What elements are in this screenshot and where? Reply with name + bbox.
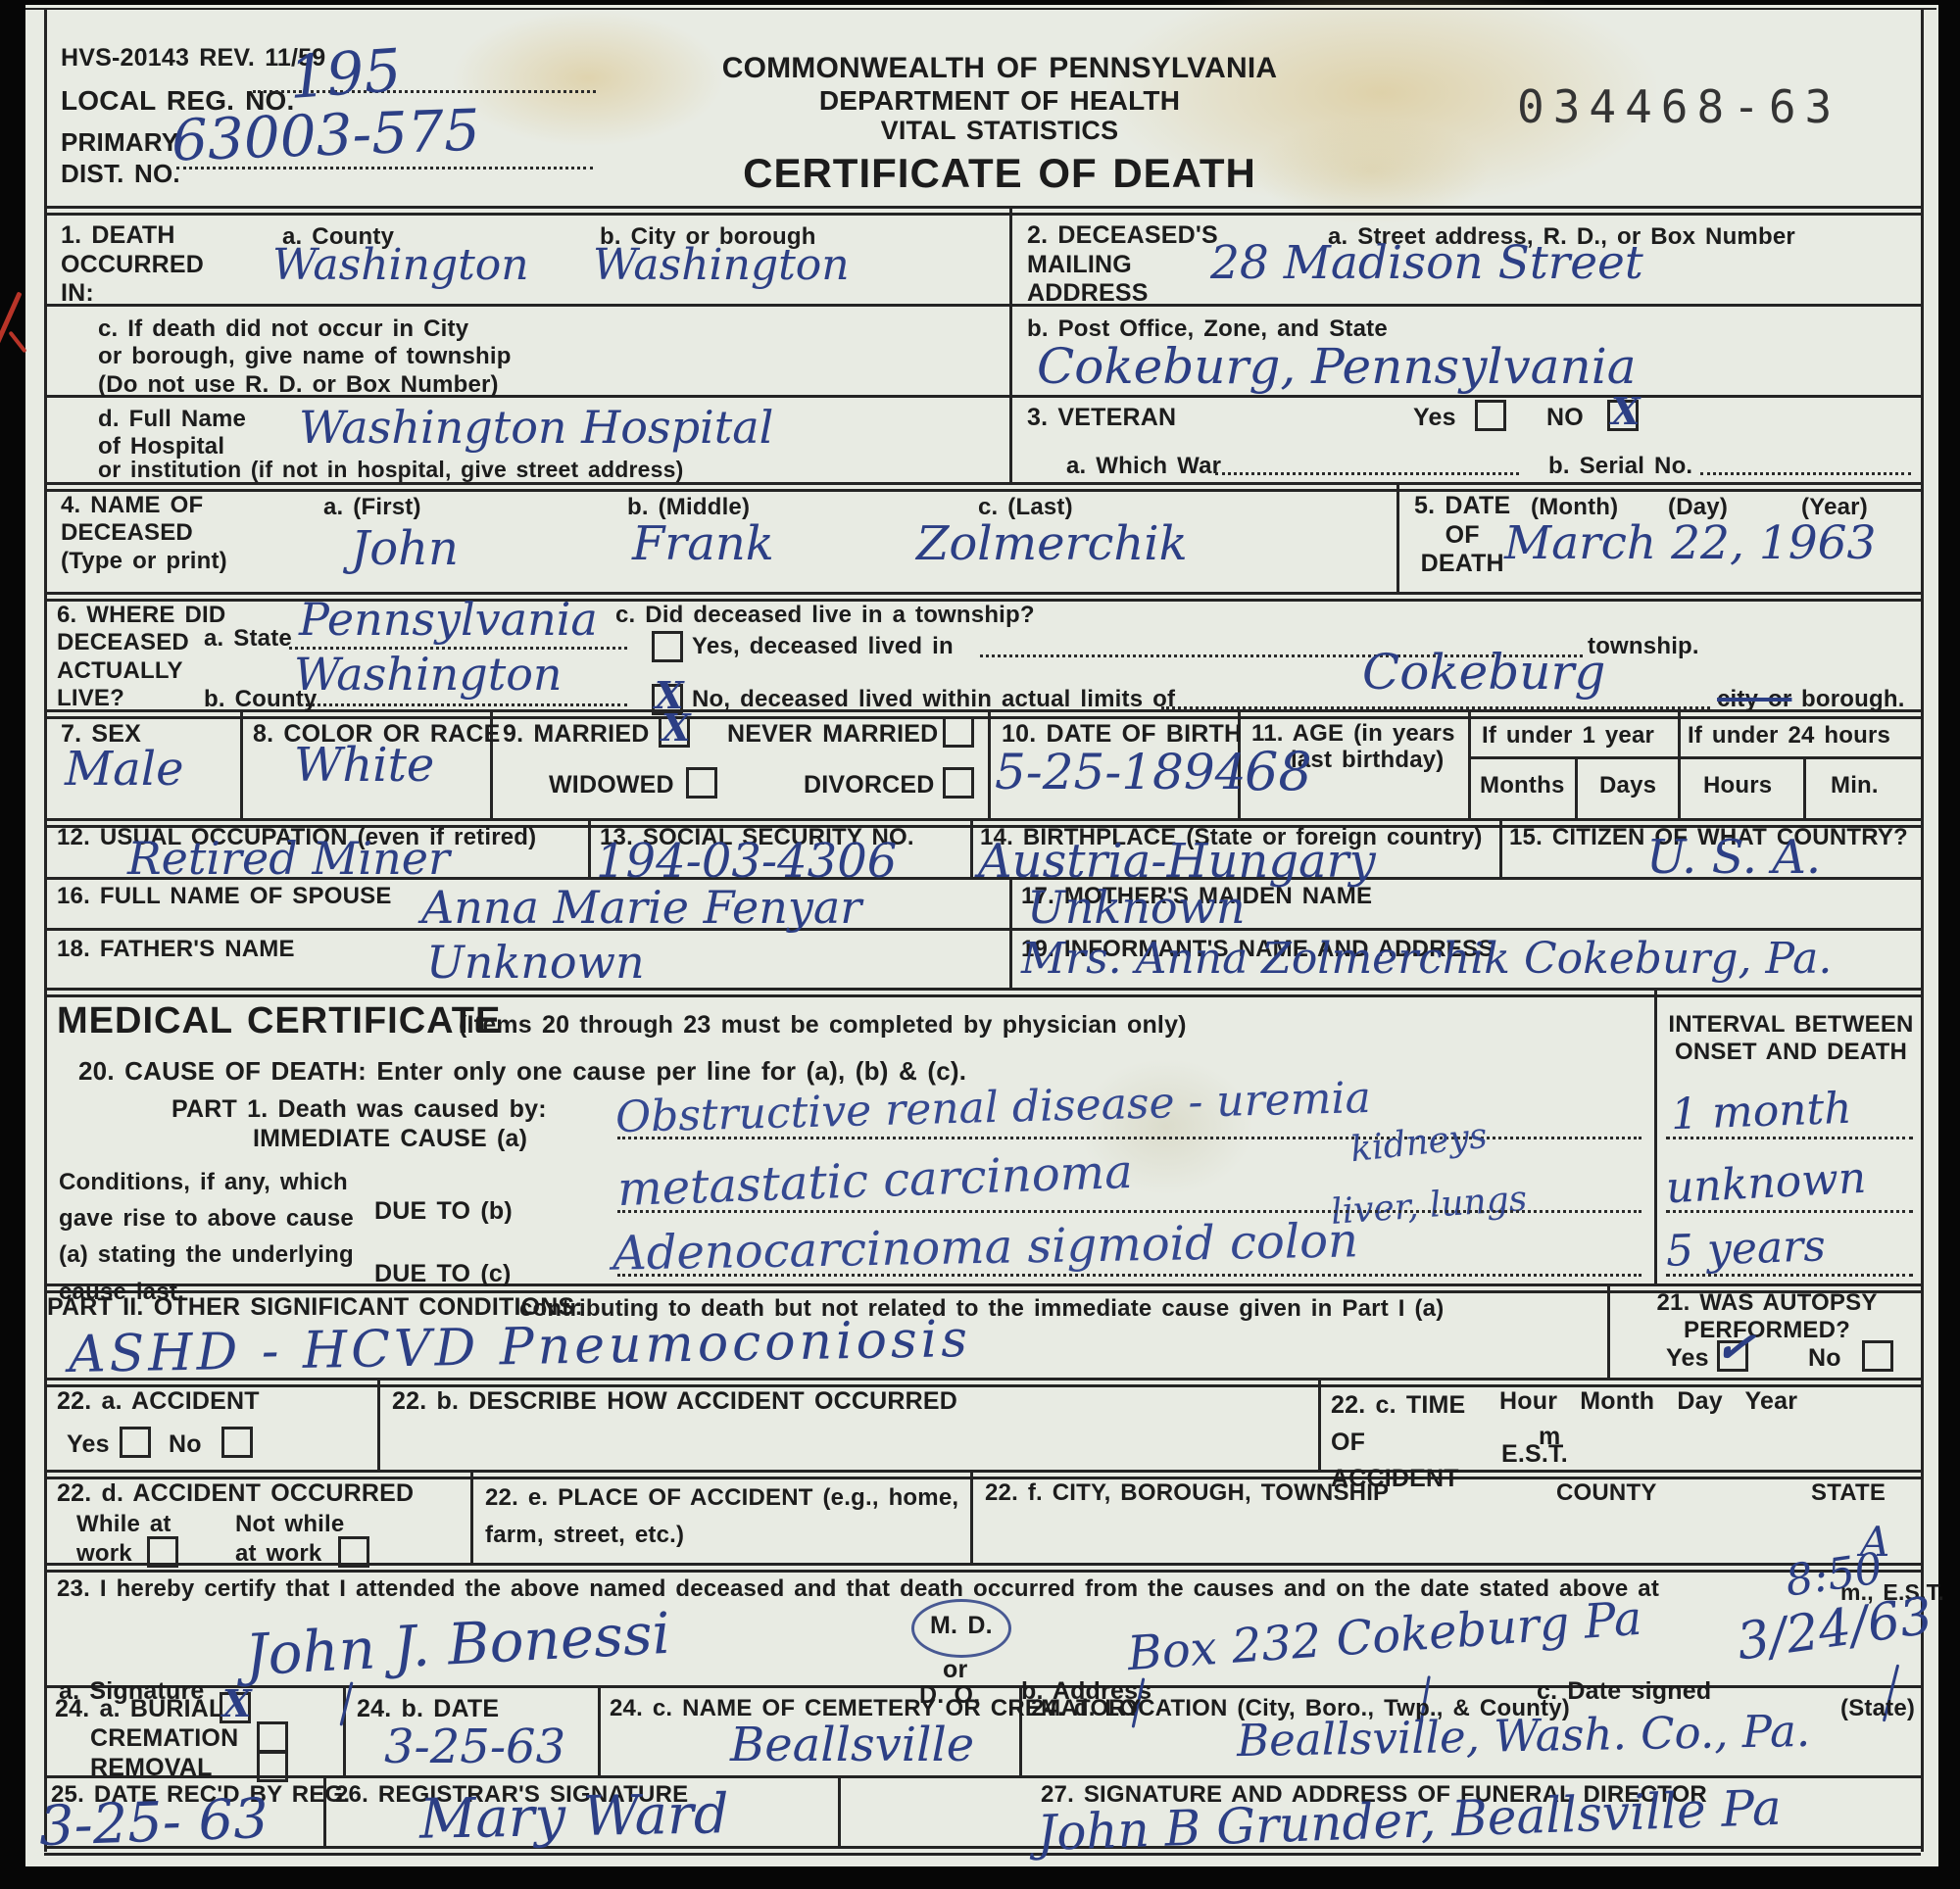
citizen-value: U. S. A.: [1646, 833, 1821, 882]
column-line: [1499, 818, 1502, 877]
certify-ampm-value: A: [1860, 1521, 1889, 1564]
city-borough-township-label: 22. f. CITY, BOROUGH, TOWNSHIP: [985, 1479, 1389, 1507]
time-columns-label: Hour Month Day Year: [1499, 1387, 1797, 1417]
scanned-death-certificate: HVS-20143 REV. 11/59 LOCAL REG. NO. 195 …: [0, 0, 1960, 1889]
column-line: [1803, 756, 1806, 818]
column-line: [970, 1470, 973, 1563]
cause-b-line: [617, 1210, 1641, 1213]
county2-value: Washington: [294, 651, 563, 698]
county2-line: [299, 703, 627, 706]
cremation-label: CREMATION: [90, 1724, 238, 1754]
father-name-label: 18. FATHER'S NAME: [57, 936, 295, 963]
autopsy-yes-label: Yes: [1666, 1344, 1709, 1374]
city-borough-value: Washington: [593, 243, 850, 288]
column-line: [598, 1685, 601, 1775]
borough-suffix: borough.: [1801, 686, 1905, 713]
divider-line: [44, 1470, 1921, 1479]
age-value: 68: [1245, 745, 1312, 800]
primary-label: PRIMARY: [61, 127, 178, 158]
first-name-value: John: [351, 524, 459, 573]
date-of-birth-value: 5-25-1894: [995, 747, 1246, 799]
form-number: HVS-20143 REV. 11/59: [61, 44, 325, 73]
cemetery-value: Beallsville: [730, 1720, 974, 1769]
column-line: [470, 1470, 473, 1563]
column-line: [1009, 206, 1012, 482]
burial-x-mark: X: [222, 1684, 251, 1723]
divider-line: [44, 988, 1921, 997]
date-of-death-value: March 22, 1963: [1504, 519, 1876, 567]
accident-yes-checkbox[interactable]: [120, 1427, 151, 1458]
occupation-value: Retired Miner: [127, 835, 450, 882]
veteran-yes-label: Yes: [1413, 404, 1456, 433]
veteran-label: 3. VETERAN: [1027, 404, 1176, 433]
cause-of-death-label: 20. CAUSE OF DEATH: Enter only one cause…: [78, 1056, 966, 1087]
accident-label: 22. a. ACCIDENT: [57, 1387, 260, 1417]
accident-occurred-label: 22. d. ACCIDENT OCCURRED: [57, 1479, 414, 1509]
hospital-value: Washington Hospital: [299, 404, 773, 451]
age-label2: last birthday): [1291, 747, 1445, 774]
father-name-value: Unknown: [426, 939, 645, 986]
burial-label: 24. a. BURIAL: [55, 1695, 224, 1724]
sex-value: Male: [65, 745, 184, 794]
township-question-label: c. Did deceased live in a township?: [615, 602, 1035, 629]
column-line: [1318, 1378, 1321, 1470]
borough-value: Cokeburg: [1362, 647, 1605, 699]
cemetery-location-value: Beallsville, Wash. Co., Pa.: [1237, 1708, 1811, 1764]
township-no-text: No, deceased lived within actual limits …: [692, 686, 1175, 713]
removal-label: REMOVAL: [90, 1754, 213, 1783]
post-office-value: Cokeburg, Pennsylvania: [1037, 341, 1637, 393]
autopsy-no-label: No: [1808, 1344, 1841, 1374]
department-title: DEPARTMENT OF HEALTH: [686, 84, 1313, 117]
cremation-checkbox[interactable]: [257, 1721, 288, 1753]
name-of-deceased-label: 4. NAME OF DECEASED (Type or print): [61, 492, 227, 575]
mother-maiden-value: Unknown: [1027, 884, 1246, 931]
interval-b-value: unknown: [1665, 1156, 1867, 1212]
cause-a-line: [617, 1137, 1641, 1139]
column-line: [1654, 988, 1657, 1284]
dist-no-value: 63003-575: [171, 101, 481, 171]
not-at-work-checkbox[interactable]: [338, 1536, 369, 1568]
not-while-label: Not while: [235, 1511, 344, 1538]
divider-line: [44, 304, 1921, 307]
state-value: Pennsylvania: [299, 596, 598, 643]
serial-no-label: b. Serial No.: [1548, 453, 1692, 480]
last-name-value: Zolmerchik: [916, 519, 1188, 568]
where-lived-label: 6. WHERE DID DECEASED ACTUALLY LIVE?: [57, 602, 225, 712]
scan-bottom-edge: [0, 1866, 1960, 1889]
days-label: Days: [1599, 772, 1656, 799]
hospital-note: or institution (if not in hospital, give…: [98, 457, 683, 483]
column-line: [988, 709, 991, 818]
state-label: a. State: [204, 625, 292, 653]
frame-left-line: [44, 10, 47, 1852]
autopsy-no-checkbox[interactable]: [1862, 1340, 1893, 1372]
column-line: [970, 818, 973, 877]
interval-header: INTERVAL BETWEEN ONSET AND DEATH: [1666, 1011, 1916, 1067]
interval-b-line: [1666, 1210, 1913, 1213]
certificate-title: CERTIFICATE OF DEATH: [686, 149, 1313, 198]
widowed-checkbox[interactable]: [686, 767, 717, 799]
divider-line: [44, 1563, 1921, 1573]
death-occurred-label: 1. DEATH OCCURRED IN:: [61, 221, 204, 309]
which-war-label: a. Which War: [1066, 453, 1221, 480]
spouse-label: 16. FULL NAME OF SPOUSE: [57, 883, 392, 910]
state-header-label: STATE: [1811, 1479, 1886, 1507]
township-note-label: c. If death did not occur in City or bor…: [98, 315, 512, 399]
column-line: [838, 1775, 841, 1846]
certificate-number: 034468-63: [1517, 80, 1840, 133]
race-value: White: [294, 741, 434, 790]
min-label: Min.: [1831, 772, 1879, 799]
which-war-line: [1215, 472, 1519, 475]
due-to-c-value: Adenocarcinoma sigmoid colon: [612, 1216, 1359, 1279]
cemetery-state-label: (State): [1840, 1695, 1915, 1722]
date-of-death-label: 5. DATE OF DEATH: [1414, 492, 1510, 579]
registrar-signature-value: Mary Ward: [419, 1786, 730, 1849]
never-married-label: NEVER MARRIED: [727, 720, 938, 750]
column-line: [240, 709, 243, 818]
veteran-yes-checkbox[interactable]: [1475, 400, 1506, 431]
hours-label: Hours: [1703, 772, 1772, 799]
due-to-b-label: DUE TO (b): [374, 1197, 513, 1227]
widowed-label: WIDOWED: [549, 771, 674, 800]
divorced-label: DIVORCED: [804, 771, 935, 800]
divider-line: [1468, 756, 1921, 759]
cause-c-line: [617, 1274, 1641, 1277]
column-line: [377, 1378, 380, 1470]
place-of-accident-label: 22. e. PLACE OF ACCIDENT (e.g., home, fa…: [485, 1479, 958, 1555]
medical-certificate-subtitle: (Items 20 through 23 must be completed b…: [459, 1011, 1187, 1041]
not-at-work-label: at work: [235, 1540, 321, 1568]
birthplace-value: Austria-Hungary: [978, 837, 1376, 886]
autopsy-yes-check-mark: ✓: [1712, 1320, 1758, 1374]
column-line: [1575, 756, 1578, 818]
county-value: Washington: [272, 243, 529, 288]
interval-a-line: [1666, 1137, 1913, 1139]
township-no-line: [1161, 706, 1710, 709]
ssn-value: 194-03-4306: [596, 837, 897, 886]
first-name-label: a. (First): [323, 494, 421, 521]
while-at-work-checkbox[interactable]: [147, 1536, 178, 1568]
under-24-hours-label: If under 24 hours: [1688, 722, 1890, 750]
county-header-label: COUNTY: [1556, 1479, 1657, 1507]
column-line: [1607, 1284, 1610, 1378]
frame-right-line: [1921, 10, 1924, 1852]
part1-label: PART 1. Death was caused by:: [171, 1095, 547, 1125]
under-1-year-label: If under 1 year: [1482, 722, 1654, 750]
hospital-label: d. Full Name of Hospital: [98, 406, 246, 461]
dist-no-label: DIST. NO.: [61, 159, 180, 189]
describe-accident-label: 22. b. DESCRIBE HOW ACCIDENT OCCURRED: [392, 1387, 957, 1417]
months-label: Months: [1480, 772, 1565, 799]
interval-a-value: 1 month: [1670, 1087, 1852, 1138]
informant-value: Mrs. Anna Zolmerchik Cokeburg, Pa.: [1021, 937, 1832, 982]
divider-line: [44, 482, 1921, 492]
interval-c-value: 5 years: [1665, 1224, 1826, 1275]
division-title: VITAL STATISTICS: [686, 116, 1313, 147]
conditions-label: Conditions, if any, which gave rise to a…: [59, 1164, 354, 1310]
commonwealth-title: COMMONWEALTH OF PENNSYLVANIA: [686, 51, 1313, 85]
column-line: [1009, 877, 1012, 988]
middle-name-value: Frank: [632, 519, 774, 568]
never-married-checkbox[interactable]: [943, 716, 974, 748]
veteran-no-label: NO: [1546, 404, 1584, 433]
spouse-value: Anna Marie Fenyar: [421, 884, 861, 931]
married-label: 9. MARRIED: [503, 720, 649, 750]
removal-checkbox[interactable]: [257, 1751, 288, 1782]
time-est-label: E.S.T.: [1501, 1440, 1568, 1470]
city-or-struck-text: city or: [1717, 686, 1791, 713]
accident-no-checkbox[interactable]: [221, 1427, 253, 1458]
accident-no-label: No: [169, 1430, 202, 1460]
column-line: [1396, 482, 1399, 592]
interval-c-line: [1666, 1274, 1913, 1277]
while-at-work-label: work: [76, 1540, 132, 1568]
red-pen-mark: [8, 331, 26, 354]
due-to-c-label: DUE TO (c): [374, 1260, 512, 1289]
street-address-value: 28 Madison Street: [1210, 239, 1643, 287]
md-label: M. D.: [911, 1599, 1011, 1658]
column-line: [1678, 709, 1681, 818]
township-yes-text: Yes, deceased lived in: [692, 633, 954, 660]
column-line: [1468, 709, 1471, 818]
date-received-value: 3-25- 63: [38, 1791, 269, 1857]
married-x-mark: X: [661, 708, 690, 748]
autopsy-label: 21. WAS AUTOPSY PERFORMED?: [1625, 1289, 1909, 1345]
divorced-checkbox[interactable]: [943, 767, 974, 799]
divider-line: [44, 206, 1921, 216]
immediate-cause-label: IMMEDIATE CAUSE (a): [253, 1125, 527, 1154]
mailing-address-label: 2. DECEASED'S MAILING ADDRESS: [1027, 221, 1218, 309]
while-at-label: While at: [76, 1511, 171, 1538]
serial-no-line: [1700, 472, 1911, 475]
township-yes-checkbox[interactable]: [652, 631, 683, 662]
accident-yes-label: Yes: [67, 1430, 110, 1460]
paper-top-edge: [25, 8, 1936, 10]
divider-line: [44, 1846, 1921, 1856]
veteran-no-x-mark: X: [1611, 392, 1640, 431]
burial-date-value: 3-25-63: [384, 1722, 565, 1771]
medical-certificate-title: MEDICAL CERTIFICATE: [57, 999, 501, 1043]
divider-line: [44, 928, 1921, 931]
column-line: [588, 818, 591, 877]
